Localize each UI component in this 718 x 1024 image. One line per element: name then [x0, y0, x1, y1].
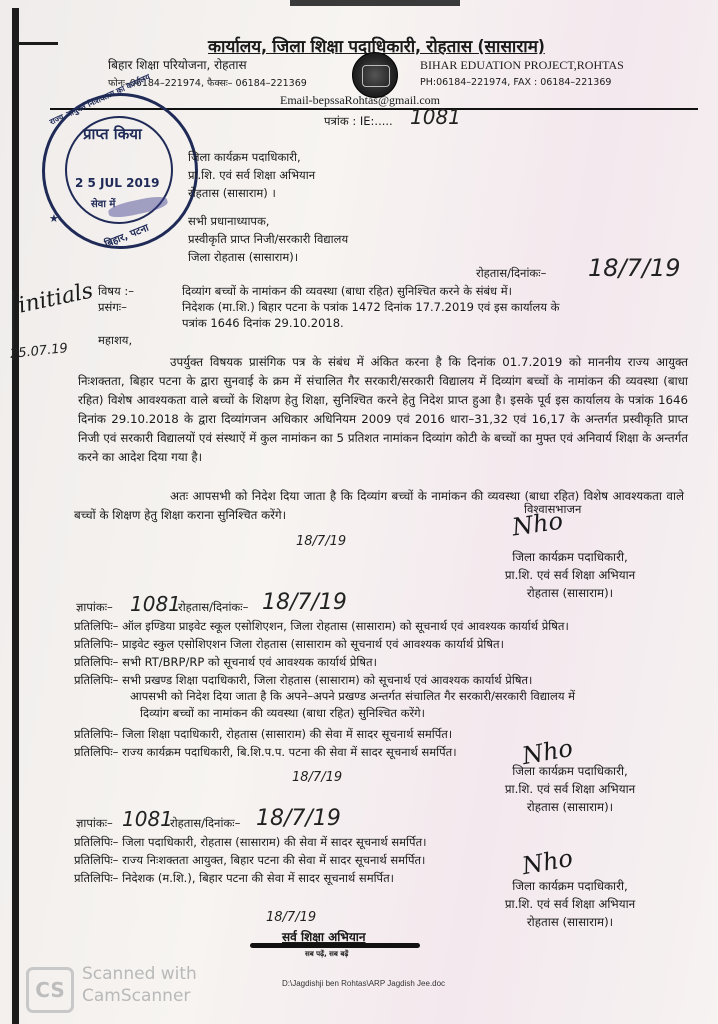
- margin-signature: initials: [16, 278, 95, 318]
- scan-edge-shadow: [290, 0, 460, 6]
- memo1-instruction-1: आपसभी को निदेश दिया जाता है कि अपने–अपने…: [130, 689, 575, 704]
- scanned-letter-page: कार्यालय, जिला शिक्षा पदाधिकारी, रोहतास …: [0, 0, 718, 1024]
- memo2-number: 1081: [122, 807, 173, 831]
- memo1-instruction-2: दिव्यांग बच्चों का नामांकन की व्यवस्था (…: [140, 706, 425, 721]
- stamp-place: बिहार, पटना: [102, 220, 150, 250]
- memo1-label: ज्ञापांकः–: [76, 600, 113, 615]
- copy-item: प्रतिलिपिः– जिला पदाधिकारी, रोहतास (सासा…: [74, 833, 426, 851]
- camscanner-logo-icon: CS: [26, 967, 74, 1013]
- footer-file-path: D:\Jagdishji ben Rohtas\ARP Jagdish Jee.…: [282, 979, 445, 988]
- project-hindi: बिहार शिक्षा परियोजना, रोहतास: [108, 56, 247, 73]
- signatory-block-1: जिला कार्यक्रम पदाधिकारी, प्रा.शि. एवं स…: [470, 548, 670, 602]
- recipient-block-2: सभी प्रधानाध्यापक, प्रस्वीकृति प्राप्त न…: [188, 212, 348, 266]
- initial-date-3: 18/7/19: [266, 910, 316, 925]
- camscanner-watermark: Scanned with CamScanner: [82, 963, 197, 1007]
- place-date-label: रोहतास/दिनांकः–: [476, 266, 546, 281]
- stamp-received: प्राप्त किया: [83, 124, 142, 144]
- reference-label: प्रसंगः–: [98, 300, 127, 315]
- place-date-handwritten: 18/7/19: [588, 254, 681, 282]
- memo1-number: 1081: [130, 592, 181, 616]
- body-paragraph-1: उपर्युक्त विषयक प्रासंगिक पत्र के संबंध …: [78, 353, 688, 467]
- subject-text: दिव्यांग बच्चों के नामांकन की व्यवस्था (…: [182, 284, 512, 299]
- memo1-copies: प्रतिलिपिः– ऑल इण्डिया प्राइवेट स्कूल एस…: [74, 617, 569, 689]
- copy-item: प्रतिलिपिः– प्राइवेट स्कुल एसोशिएशन जिला…: [74, 635, 569, 653]
- signatory-signature-1: Nho: [510, 507, 564, 542]
- initial-date-1: 18/7/19: [296, 534, 346, 549]
- stamp-date: 2 5 JUL 2019: [75, 176, 160, 190]
- signatory-signature-3: Nho: [520, 844, 575, 880]
- copy-item: प्रतिलिपिः– जिला शिक्षा पदाधिकारी, रोहता…: [74, 725, 457, 743]
- recipient-block-1: जिला कार्यक्रम पदाधिकारी, प्रा.शि. एवं स…: [188, 148, 315, 202]
- memo2-date: 18/7/19: [256, 806, 341, 831]
- copy-item: प्रतिलिपिः– राज्य कार्यक्रम पदाधिकारी, ब…: [74, 743, 457, 761]
- memo1-copies-2: प्रतिलिपिः– जिला शिक्षा पदाधिकारी, रोहता…: [74, 725, 457, 761]
- salutation: महाशय,: [98, 333, 132, 348]
- received-stamp: प्राप्त किया 2 5 JUL 2019 सेवा में बिहार…: [42, 93, 198, 249]
- phone-english: PH:06184–221974, FAX : 06184–221369: [420, 77, 611, 88]
- memo1-place-label: रोहतास/दिनांकः–: [178, 600, 248, 615]
- memo1-date: 18/7/19: [262, 590, 347, 615]
- subject-label: विषय :–: [98, 284, 134, 299]
- signatory-block-2: जिला कार्यक्रम पदाधिकारी, प्रा.शि. एवं स…: [470, 762, 670, 816]
- stamp-star-icon: ★: [49, 212, 59, 225]
- copy-item: प्रतिलिपिः– निदेशक (म.शि.), बिहार पटना क…: [74, 869, 426, 887]
- emblem-icon: [352, 52, 398, 98]
- letter-no-value: 1081: [410, 105, 461, 129]
- scan-left-mark: [18, 42, 58, 45]
- sarva-shiksha-abhiyan-logo: सर्व शिक्षा अभियान सब पढ़ें, सब बढ़ें: [250, 928, 420, 958]
- initial-date-2: 18/7/19: [292, 770, 342, 785]
- copy-item: प्रतिलिपिः– सभी प्रखण्ड शिक्षा पदाधिकारी…: [74, 671, 569, 689]
- copy-item: प्रतिलिपिः– राज्य निःशक्तता आयुक्त, बिहा…: [74, 851, 426, 869]
- copy-item: प्रतिलिपिः– ऑल इण्डिया प्राइवेट स्कूल एस…: [74, 617, 569, 635]
- scan-left-border: [12, 8, 19, 1024]
- signatory-block-3: जिला कार्यक्रम पदाधिकारी, प्रा.शि. एवं स…: [470, 877, 670, 931]
- margin-line: [12, 290, 14, 360]
- letter-no-label: पत्रांक : IE:.....: [324, 114, 393, 129]
- memo2-copies: प्रतिलिपिः– जिला पदाधिकारी, रोहतास (सासा…: [74, 833, 426, 887]
- project-english: BIHAR EDUATION PROJECT,ROHTAS: [420, 58, 624, 73]
- copy-item: प्रतिलिपिः– सभी RT/BRP/RP को सूचनार्थ एव…: [74, 653, 569, 671]
- memo2-place-label: रोहतास/दिनांकः–: [170, 816, 240, 831]
- reference-line-2: पत्रांक 1646 दिनांक 29.10.2018.: [182, 316, 344, 331]
- body-paragraph-2: अतः आपसभी को निदेश दिया जाता है कि दिव्य…: [74, 487, 684, 525]
- memo2-label: ज्ञापांकः–: [76, 816, 113, 831]
- reference-line-1: निदेशक (मा.शि.) बिहार पटना के पत्रांक 14…: [182, 300, 692, 315]
